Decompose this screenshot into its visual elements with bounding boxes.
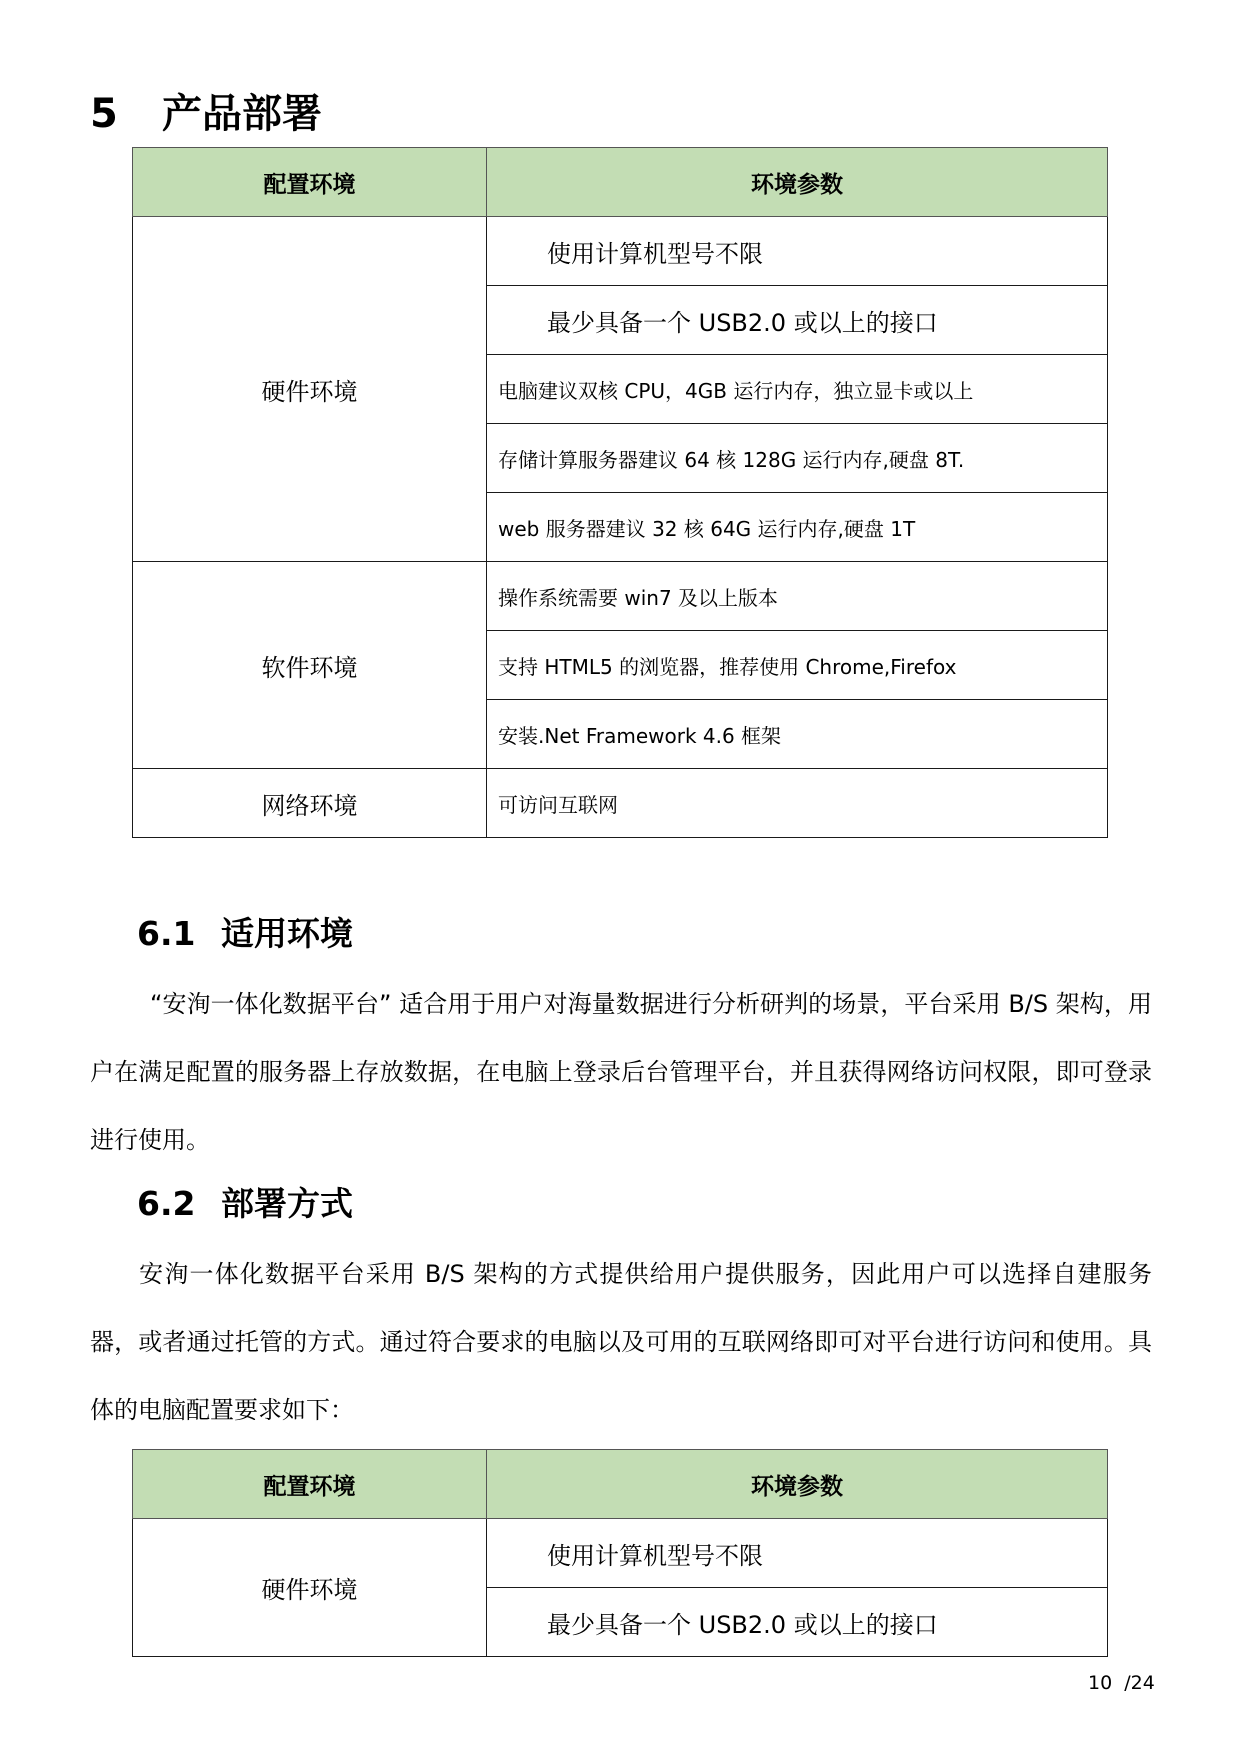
table-header-row: 配置环境 环境参数 <box>133 148 1108 217</box>
category-network: 网络环境 <box>133 769 487 838</box>
header-config-env: 配置环境 <box>133 148 487 217</box>
section-6-2-paragraph: 安洵一体化数据平台采用 B/S 架构的方式提供给用户提供服务，因此用户可以选择自… <box>90 1240 1152 1444</box>
param-cell: 使用计算机型号不限 <box>487 1519 1108 1588</box>
table-row: 硬件环境 使用计算机型号不限 <box>133 1519 1108 1588</box>
category-hardware: 硬件环境 <box>133 1519 487 1657</box>
category-hardware: 硬件环境 <box>133 217 487 562</box>
page-number: 10 /24 <box>1088 1672 1155 1694</box>
param-cell: 存储计算服务器建议 64 核 128G 运行内存,硬盘 8T. <box>487 424 1108 493</box>
section-6-1-heading: 6.1 适用环境 <box>137 914 353 954</box>
param-cell: 最少具备一个 USB2.0 或以上的接口 <box>487 286 1108 355</box>
param-cell: 使用计算机型号不限 <box>487 217 1108 286</box>
config-table-1: 配置环境 环境参数 硬件环境 使用计算机型号不限 最少具备一个 USB2.0 或… <box>132 147 1108 838</box>
header-env-params: 环境参数 <box>487 148 1108 217</box>
table-row: 硬件环境 使用计算机型号不限 <box>133 217 1108 286</box>
table-row: 网络环境 可访问互联网 <box>133 769 1108 838</box>
section-number: 6.2 <box>137 1184 221 1224</box>
param-cell: 支持 HTML5 的浏览器，推荐使用 Chrome,Firefox <box>487 631 1108 700</box>
config-table-2: 配置环境 环境参数 硬件环境 使用计算机型号不限 最少具备一个 USB2.0 或… <box>132 1449 1108 1657</box>
section-title: 产品部署 <box>162 90 322 138</box>
section-title: 部署方式 <box>221 1184 353 1224</box>
section-5-heading: 5 产品部署 <box>90 90 322 138</box>
table-row: 软件环境 操作系统需要 win7 及以上版本 <box>133 562 1108 631</box>
section-title: 适用环境 <box>221 914 353 954</box>
category-software: 软件环境 <box>133 562 487 769</box>
param-cell: 电脑建议双核 CPU，4GB 运行内存，独立显卡或以上 <box>487 355 1108 424</box>
section-number: 6.1 <box>137 914 221 954</box>
header-env-params: 环境参数 <box>487 1450 1108 1519</box>
section-number: 5 <box>90 90 162 138</box>
param-cell: 可访问互联网 <box>487 769 1108 838</box>
table-header-row: 配置环境 环境参数 <box>133 1450 1108 1519</box>
param-cell: 最少具备一个 USB2.0 或以上的接口 <box>487 1588 1108 1657</box>
param-cell: web 服务器建议 32 核 64G 运行内存,硬盘 1T <box>487 493 1108 562</box>
param-cell: 安装.Net Framework 4.6 框架 <box>487 700 1108 769</box>
header-config-env: 配置环境 <box>133 1450 487 1519</box>
section-6-1-paragraph: “安洵一体化数据平台” 适合用于用户对海量数据进行分析研判的场景，平台采用 B/… <box>90 970 1152 1174</box>
section-6-2-heading: 6.2 部署方式 <box>137 1184 353 1224</box>
paragraph-text: 安洵一体化数据平台采用 B/S 架构的方式提供给用户提供服务，因此用户可以选择自… <box>90 1260 1152 1424</box>
paragraph-text: “安洵一体化数据平台” 适合用于用户对海量数据进行分析研判的场景，平台采用 B/… <box>90 990 1152 1154</box>
param-cell: 操作系统需要 win7 及以上版本 <box>487 562 1108 631</box>
